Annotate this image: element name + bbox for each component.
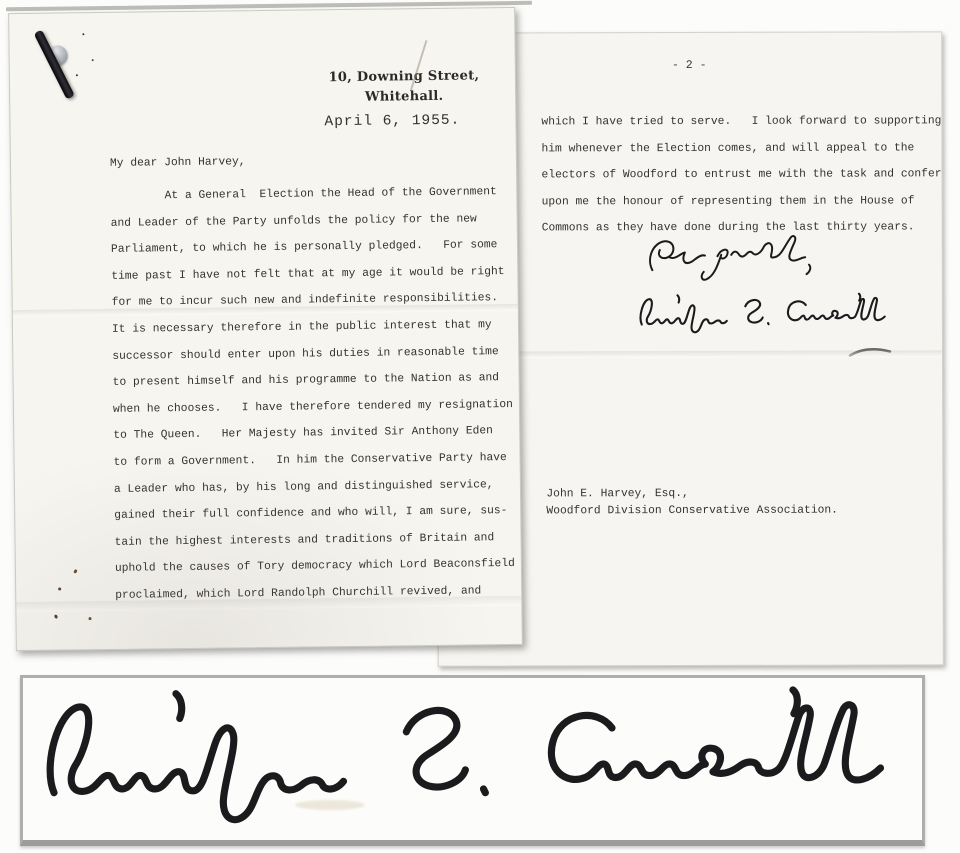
- churchill-signature-script-large: Winston S. Churchill: [35, 686, 911, 829]
- ink-speck: [54, 614, 58, 619]
- churchill-signature-script: Winston S. Churchill: [636, 292, 894, 335]
- fold-crease: [16, 596, 521, 612]
- recipient-org: Woodford Division Conservative Associati…: [546, 503, 838, 521]
- body-line: upon me the honour of representing them …: [542, 188, 942, 216]
- page1-body-text: At a General Election the Head of the Go…: [110, 179, 515, 609]
- staple-bar: [34, 29, 75, 99]
- recipient-name: John E. Harvey, Esq.,: [546, 486, 838, 504]
- letterhead-line1: 10, Downing Street,: [288, 66, 520, 89]
- closing-script-handwriting: Yours sincerely,: [640, 229, 828, 291]
- letter-page-1: 10, Downing Street, Whitehall. April 6, …: [8, 7, 523, 651]
- recipient-address: John E. Harvey, Esq., Woodford Division …: [546, 486, 838, 521]
- ink-speck: [89, 617, 92, 620]
- downing-street-letterhead: 10, Downing Street, Whitehall.: [288, 66, 520, 109]
- ink-speck: [58, 588, 61, 591]
- ink-speck: [76, 74, 78, 76]
- ink-speck: [73, 569, 78, 574]
- ink-speck: [92, 59, 94, 61]
- signature-closeup-strip: Winston S. Churchill: [20, 675, 925, 846]
- page2-body-text: which I have tried to serve. I look forw…: [541, 108, 941, 242]
- body-line: electors of Woodford to entrust me with …: [542, 161, 942, 189]
- body-line: which I have tried to serve. I look forw…: [541, 108, 941, 136]
- letter-photo: - 2 - which I have tried to serve. I loo…: [0, 0, 960, 853]
- letter-date: April 6, 1955.: [324, 113, 460, 131]
- body-line: him whenever the Election comes, and wil…: [541, 135, 941, 163]
- salutation: My dear John Harvey,: [110, 156, 246, 170]
- ink-speck: [82, 33, 84, 35]
- body-line: to form a Government. In him the Conserv…: [113, 445, 513, 476]
- letterhead-line2: Whitehall.: [288, 86, 520, 109]
